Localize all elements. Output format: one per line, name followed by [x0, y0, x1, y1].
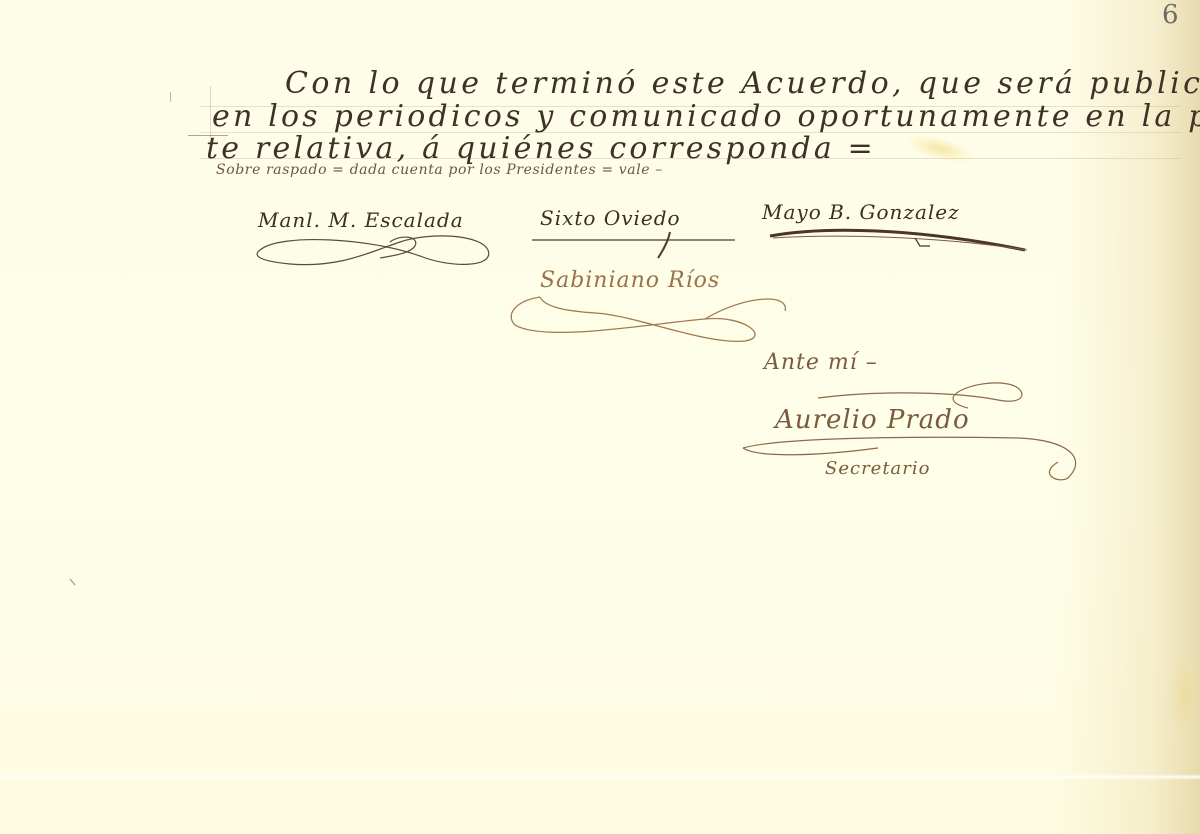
body-line-3: te relativa, á quiénes corresponda = [206, 131, 876, 166]
paper-fold-line [0, 774, 1200, 780]
margin-mark [170, 92, 171, 102]
signature-3-underline [765, 222, 1035, 257]
margin-mark [70, 579, 76, 586]
body-line-2: en los periodicos y comunicado oportunam… [212, 99, 1200, 134]
document-page: 6 Con lo que terminó este Acuerdo, que s… [0, 0, 1200, 834]
margin-note: Sobre raspado = dada cuenta por los Pres… [216, 162, 663, 178]
signature-2-underline [530, 232, 740, 262]
attestation-title: Secretario [825, 458, 930, 479]
signature-1-flourish [250, 228, 500, 273]
body-line-1: Con lo que terminó este Acuerdo, que ser… [285, 66, 1200, 101]
attestation-label: Ante mí – [764, 350, 878, 375]
paper-stain [903, 130, 976, 168]
signature-3: Mayo B. Gonzalez [762, 200, 960, 224]
paper-stain [1170, 650, 1200, 740]
page-number: 6 [1162, 0, 1179, 30]
signature-2: Sixto Oviedo [540, 206, 681, 230]
signature-4-flourish [505, 285, 795, 345]
